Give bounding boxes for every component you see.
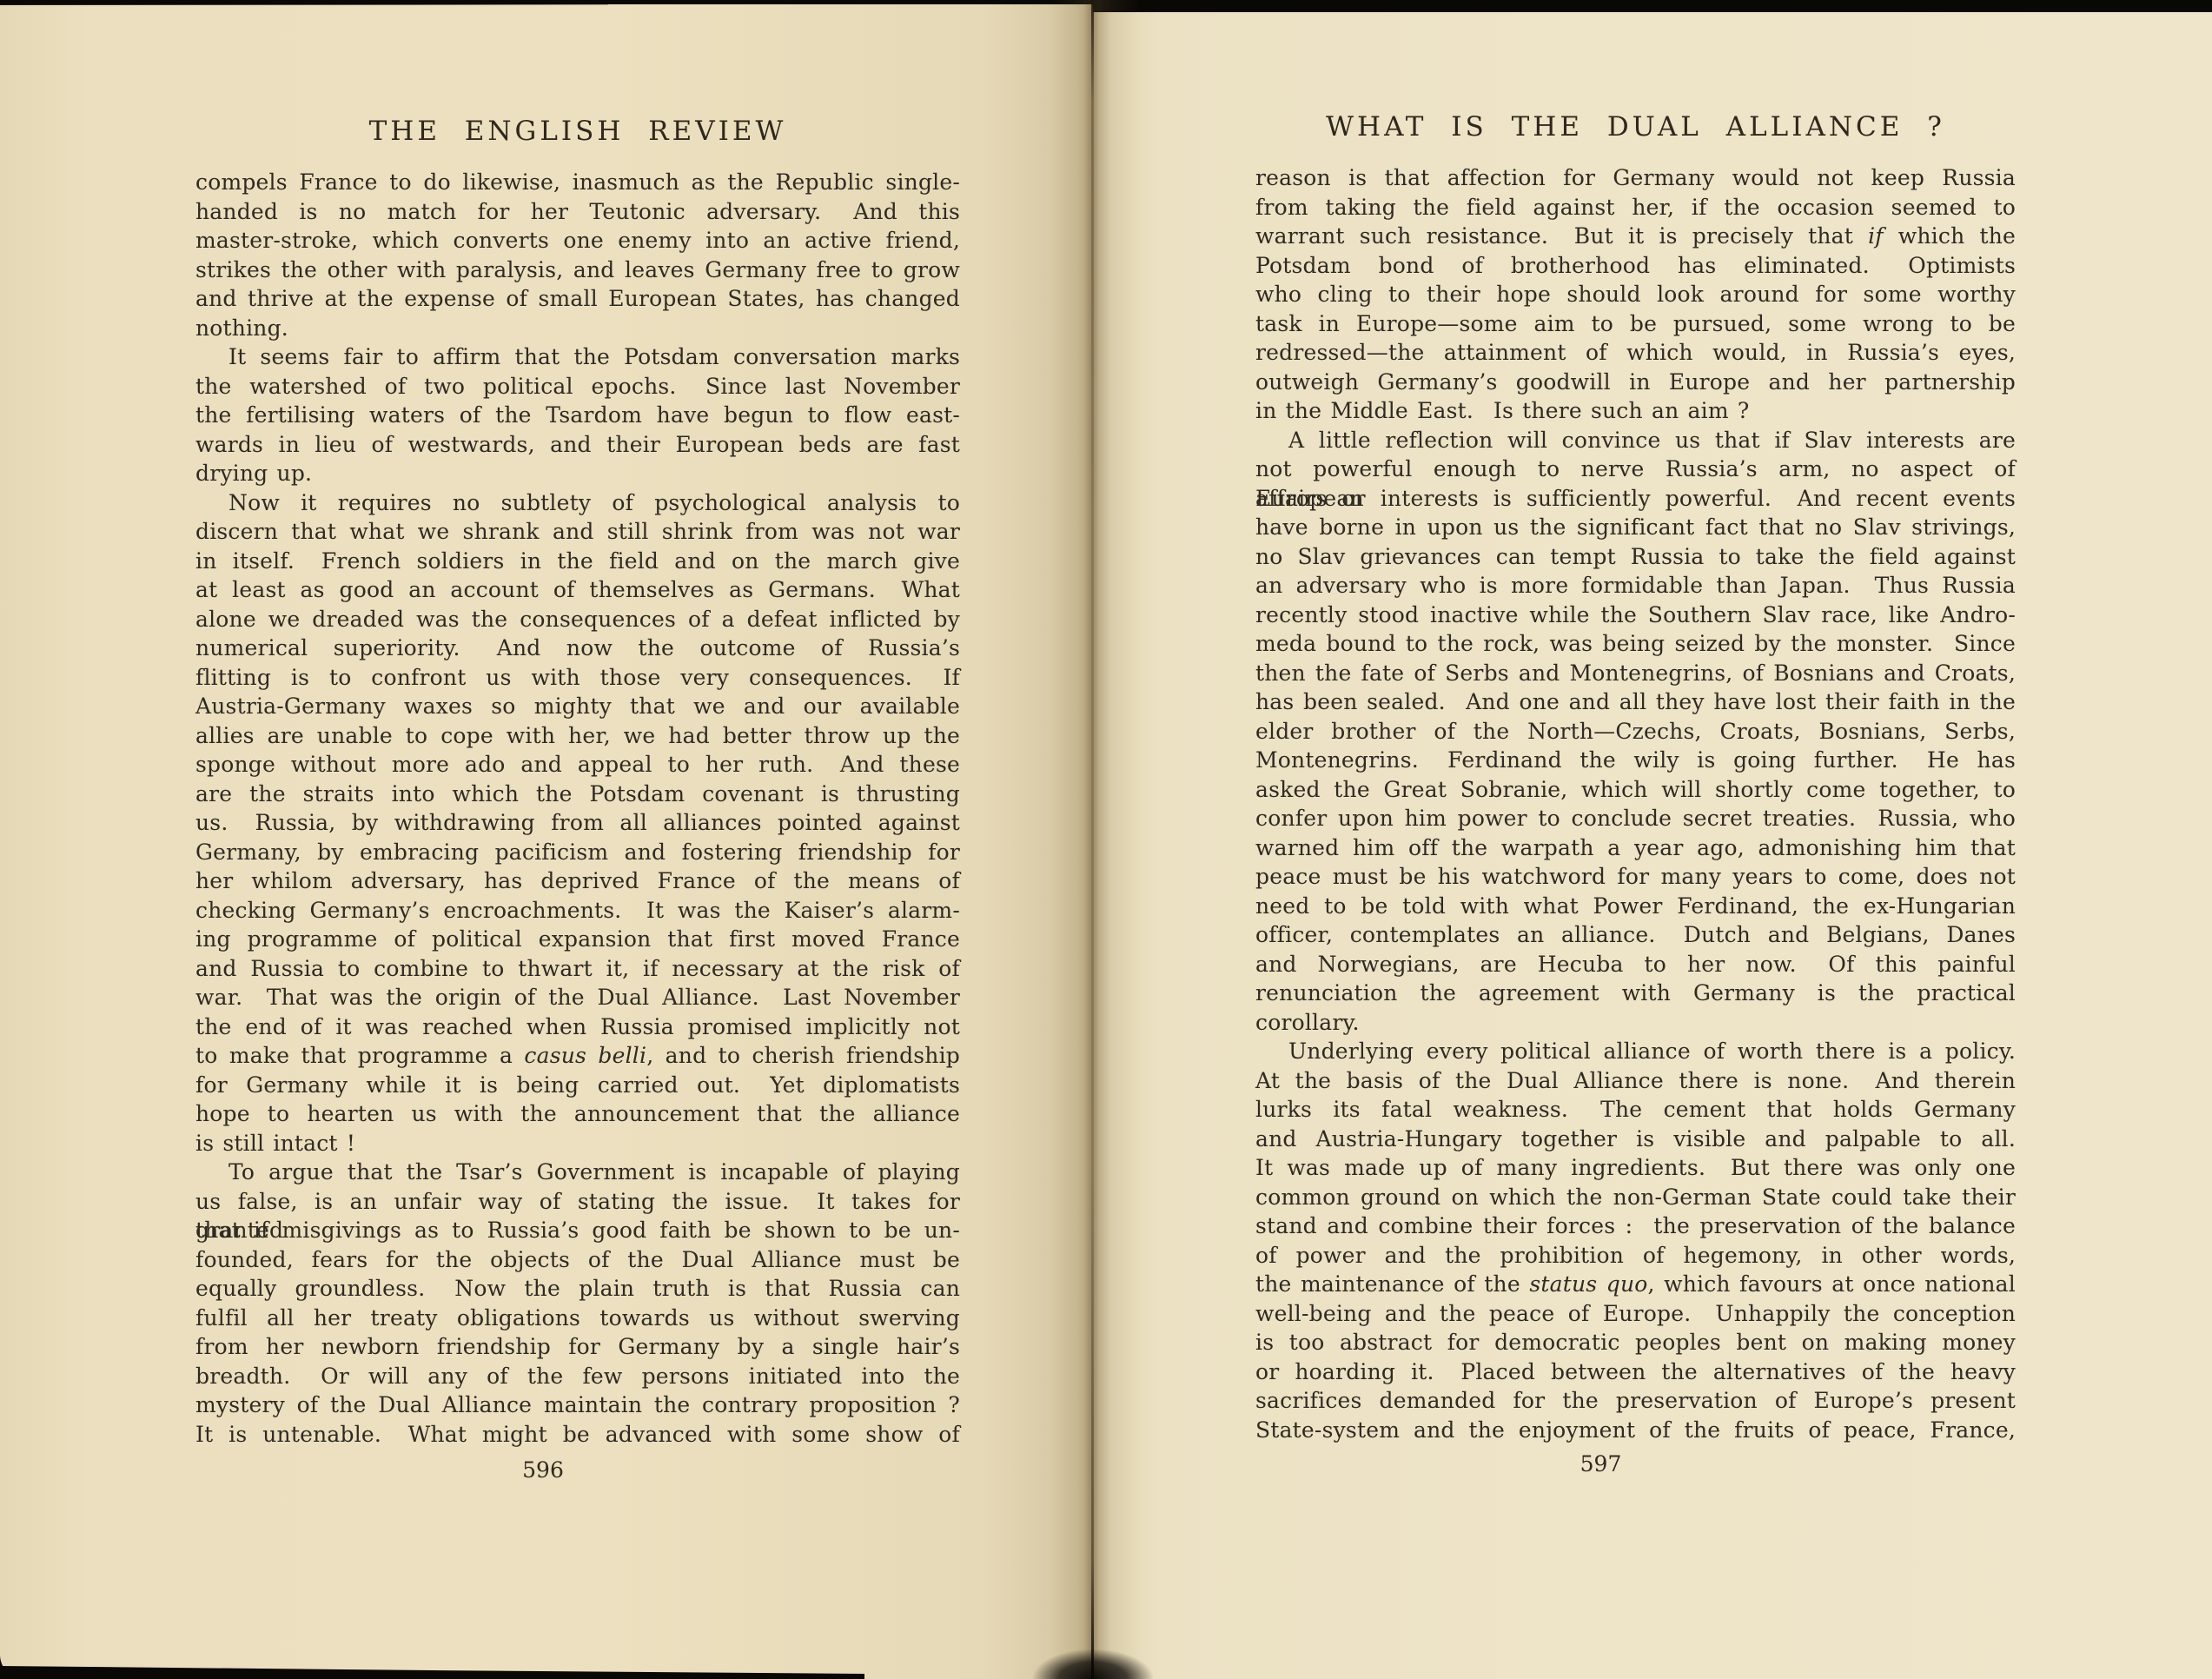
text-line: founded, fears for the objects of the Du… <box>195 1245 960 1275</box>
text-line: have borne in upon us the significant fa… <box>1255 513 2016 542</box>
text-line: drying up. <box>195 459 960 488</box>
text-line: has been sealed. And one and all they ha… <box>1255 687 2016 717</box>
text-line: It is untenable. What might be advanced … <box>195 1420 960 1450</box>
text-line: breadth. Or will any of the few persons … <box>195 1362 960 1391</box>
text-line: renunciation the agreement with Germany … <box>1255 979 2016 1008</box>
text-line: At the basis of the Dual Alliance there … <box>1255 1066 2016 1096</box>
text-line: who cling to their hope should look arou… <box>1255 280 2016 309</box>
text-line: sponge without more ado and appeal to he… <box>195 750 960 780</box>
text-line: no Slav grievances can tempt Russia to t… <box>1255 542 2016 572</box>
text-line: warned him off the warpath a year ago, a… <box>1255 833 2016 863</box>
text-line: lurks its fatal weakness. The cement tha… <box>1255 1095 2016 1125</box>
page-number-right: 597 <box>1221 1451 1981 1477</box>
text-line: common ground on which the non-German St… <box>1255 1183 2016 1212</box>
text-line: alone we dreaded was the consequences of… <box>195 605 960 634</box>
text-line: and Austria-Hungary together is visible … <box>1255 1125 2016 1154</box>
book-spread: THE ENGLISH REVIEW compels France to do … <box>0 0 2212 1679</box>
text-line: war. That was the origin of the Dual All… <box>195 983 960 1012</box>
text-line: peace must be his watchword for many yea… <box>1255 862 2016 892</box>
text-line: to make that programme a casus belli, an… <box>195 1041 960 1071</box>
text-line: an adversary who is more formidable than… <box>1255 571 2016 601</box>
text-line: equally groundless. Now the plain truth … <box>195 1274 960 1304</box>
text-line: from taking the field against her, if th… <box>1255 193 2016 222</box>
text-line: outweigh Germany’s goodwill in Europe an… <box>1255 368 2016 397</box>
text-line: handed is no match for her Teutonic adve… <box>195 197 960 227</box>
text-line: and Russia to combine to thwart it, if n… <box>195 954 960 984</box>
text-line: us. Russia, by withdrawing from all alli… <box>195 808 960 838</box>
text-line: stand and combine their forces : the pre… <box>1255 1211 2016 1241</box>
running-head-right: WHAT IS THE DUAL ALLIANCE ? <box>1255 111 2016 143</box>
text-line: task in Europe—some aim to be pursued, s… <box>1255 309 2016 339</box>
left-page: THE ENGLISH REVIEW compels France to do … <box>0 4 1093 1679</box>
text-line: the watershed of two political epochs. S… <box>195 372 960 401</box>
text-line: her whilom adversary, has deprived Franc… <box>195 866 960 896</box>
text-line: To argue that the Tsar’s Government is i… <box>195 1158 960 1187</box>
text-line: ing programme of political expansion tha… <box>195 925 960 954</box>
text-line: Germany, by embracing pacificism and fos… <box>195 838 960 867</box>
text-line: confer upon him power to conclude secret… <box>1255 804 2016 833</box>
text-line: It was made up of many ingredients. But … <box>1255 1153 2016 1183</box>
text-line: of power and the prohibition of hegemony… <box>1255 1241 2016 1271</box>
text-line: flitting is to confront us with those ve… <box>195 663 960 693</box>
page-number-left: 596 <box>161 1457 925 1483</box>
text-line: in the Middle East. Is there such an aim… <box>1255 396 2016 426</box>
running-head-left: THE ENGLISH REVIEW <box>195 116 960 147</box>
text-line: recently stood inactive while the Southe… <box>1255 601 2016 630</box>
text-line: is too abstract for democratic peoples b… <box>1255 1328 2016 1357</box>
text-line: are the straits into which the Potsdam c… <box>195 780 960 809</box>
text-line: A little reflection will convince us tha… <box>1255 426 2016 455</box>
text-line: Underlying every political alliance of w… <box>1255 1037 2016 1066</box>
top-left-edge-shadow <box>0 0 608 5</box>
text-line: the maintenance of the status quo, which… <box>1255 1270 2016 1299</box>
text-line: sacrifices demanded for the preservation… <box>1255 1386 2016 1416</box>
text-line: in itself. French soldiers in the field … <box>195 547 960 576</box>
text-line: that if misgivings as to Russia’s good f… <box>195 1216 960 1245</box>
text-line: nothing. <box>195 314 960 343</box>
text-line: or hoarding it. Placed between the alter… <box>1255 1357 2016 1387</box>
text-line: redressed—the attainment of which would,… <box>1255 338 2016 368</box>
text-line: from her newborn friendship for Germany … <box>195 1332 960 1362</box>
text-line: the fertilising waters of the Tsardom ha… <box>195 401 960 430</box>
text-line: State-system and the enjoyment of the fr… <box>1255 1416 2016 1445</box>
text-line: discern that what we shrank and still sh… <box>195 517 960 547</box>
text-line: us false, is an unfair way of stating th… <box>195 1187 960 1217</box>
text-line: It seems fair to affirm that the Potsdam… <box>195 342 960 372</box>
page-text-left: compels France to do likewise, inasmuch … <box>195 168 960 1449</box>
text-line: is still intact ! <box>195 1129 960 1158</box>
text-line: at least as good an account of themselve… <box>195 575 960 605</box>
text-line: officer, contemplates an alliance. Dutch… <box>1255 920 2016 950</box>
text-line: wards in lieu of westwards, and their Eu… <box>195 430 960 460</box>
text-line: numerical superiority. And now the outco… <box>195 634 960 663</box>
text-line: master-stroke, which converts one enemy … <box>195 226 960 255</box>
text-line: and Norwegians, are Hecuba to her now. O… <box>1255 950 2016 979</box>
text-line: asked the Great Sobranie, which will sho… <box>1255 775 2016 805</box>
text-line: affairs or interests is sufficiently pow… <box>1255 484 2016 514</box>
text-line: Montenegrins. Ferdinand the wily is goin… <box>1255 746 2016 775</box>
text-line: warrant such resistance. But it is preci… <box>1255 222 2016 251</box>
text-line: corollary. <box>1255 1008 2016 1038</box>
text-line: meda bound to the rock, was being seized… <box>1255 629 2016 659</box>
text-line: reason is that affection for Germany wou… <box>1255 163 2016 193</box>
text-line: well-being and the peace of Europe. Unha… <box>1255 1299 2016 1329</box>
text-line: mystery of the Dual Alliance maintain th… <box>195 1390 960 1420</box>
text-line: allies are unable to cope with her, we h… <box>195 721 960 751</box>
text-line: elder brother of the North—Czechs, Croat… <box>1255 717 2016 747</box>
text-line: and thrive at the expense of small Europ… <box>195 284 960 314</box>
text-line: need to be told with what Power Ferdinan… <box>1255 892 2016 921</box>
text-line: for Germany while it is being carried ou… <box>195 1071 960 1100</box>
text-line: strikes the other with paralysis, and le… <box>195 255 960 285</box>
text-line: fulfil all her treaty obligations toward… <box>195 1304 960 1333</box>
page-text-right: reason is that affection for Germany wou… <box>1255 163 2016 1444</box>
text-line: not powerful enough to nerve Russia’s ar… <box>1255 455 2016 484</box>
text-line: Austria-Germany waxes so mighty that we … <box>195 692 960 721</box>
text-line: hope to hearten us with the announcement… <box>195 1099 960 1129</box>
text-line: Potsdam bond of brotherhood has eliminat… <box>1255 251 2016 281</box>
text-line: then the fate of Serbs and Montenegrins,… <box>1255 659 2016 688</box>
right-page: WHAT IS THE DUAL ALLIANCE ? reason is th… <box>1093 12 2212 1679</box>
text-line: the end of it was reached when Russia pr… <box>195 1012 960 1042</box>
text-line: Now it requires no subtlety of psycholog… <box>195 488 960 518</box>
text-line: compels France to do likewise, inasmuch … <box>195 168 960 197</box>
text-line: checking Germany’s encroachments. It was… <box>195 896 960 926</box>
